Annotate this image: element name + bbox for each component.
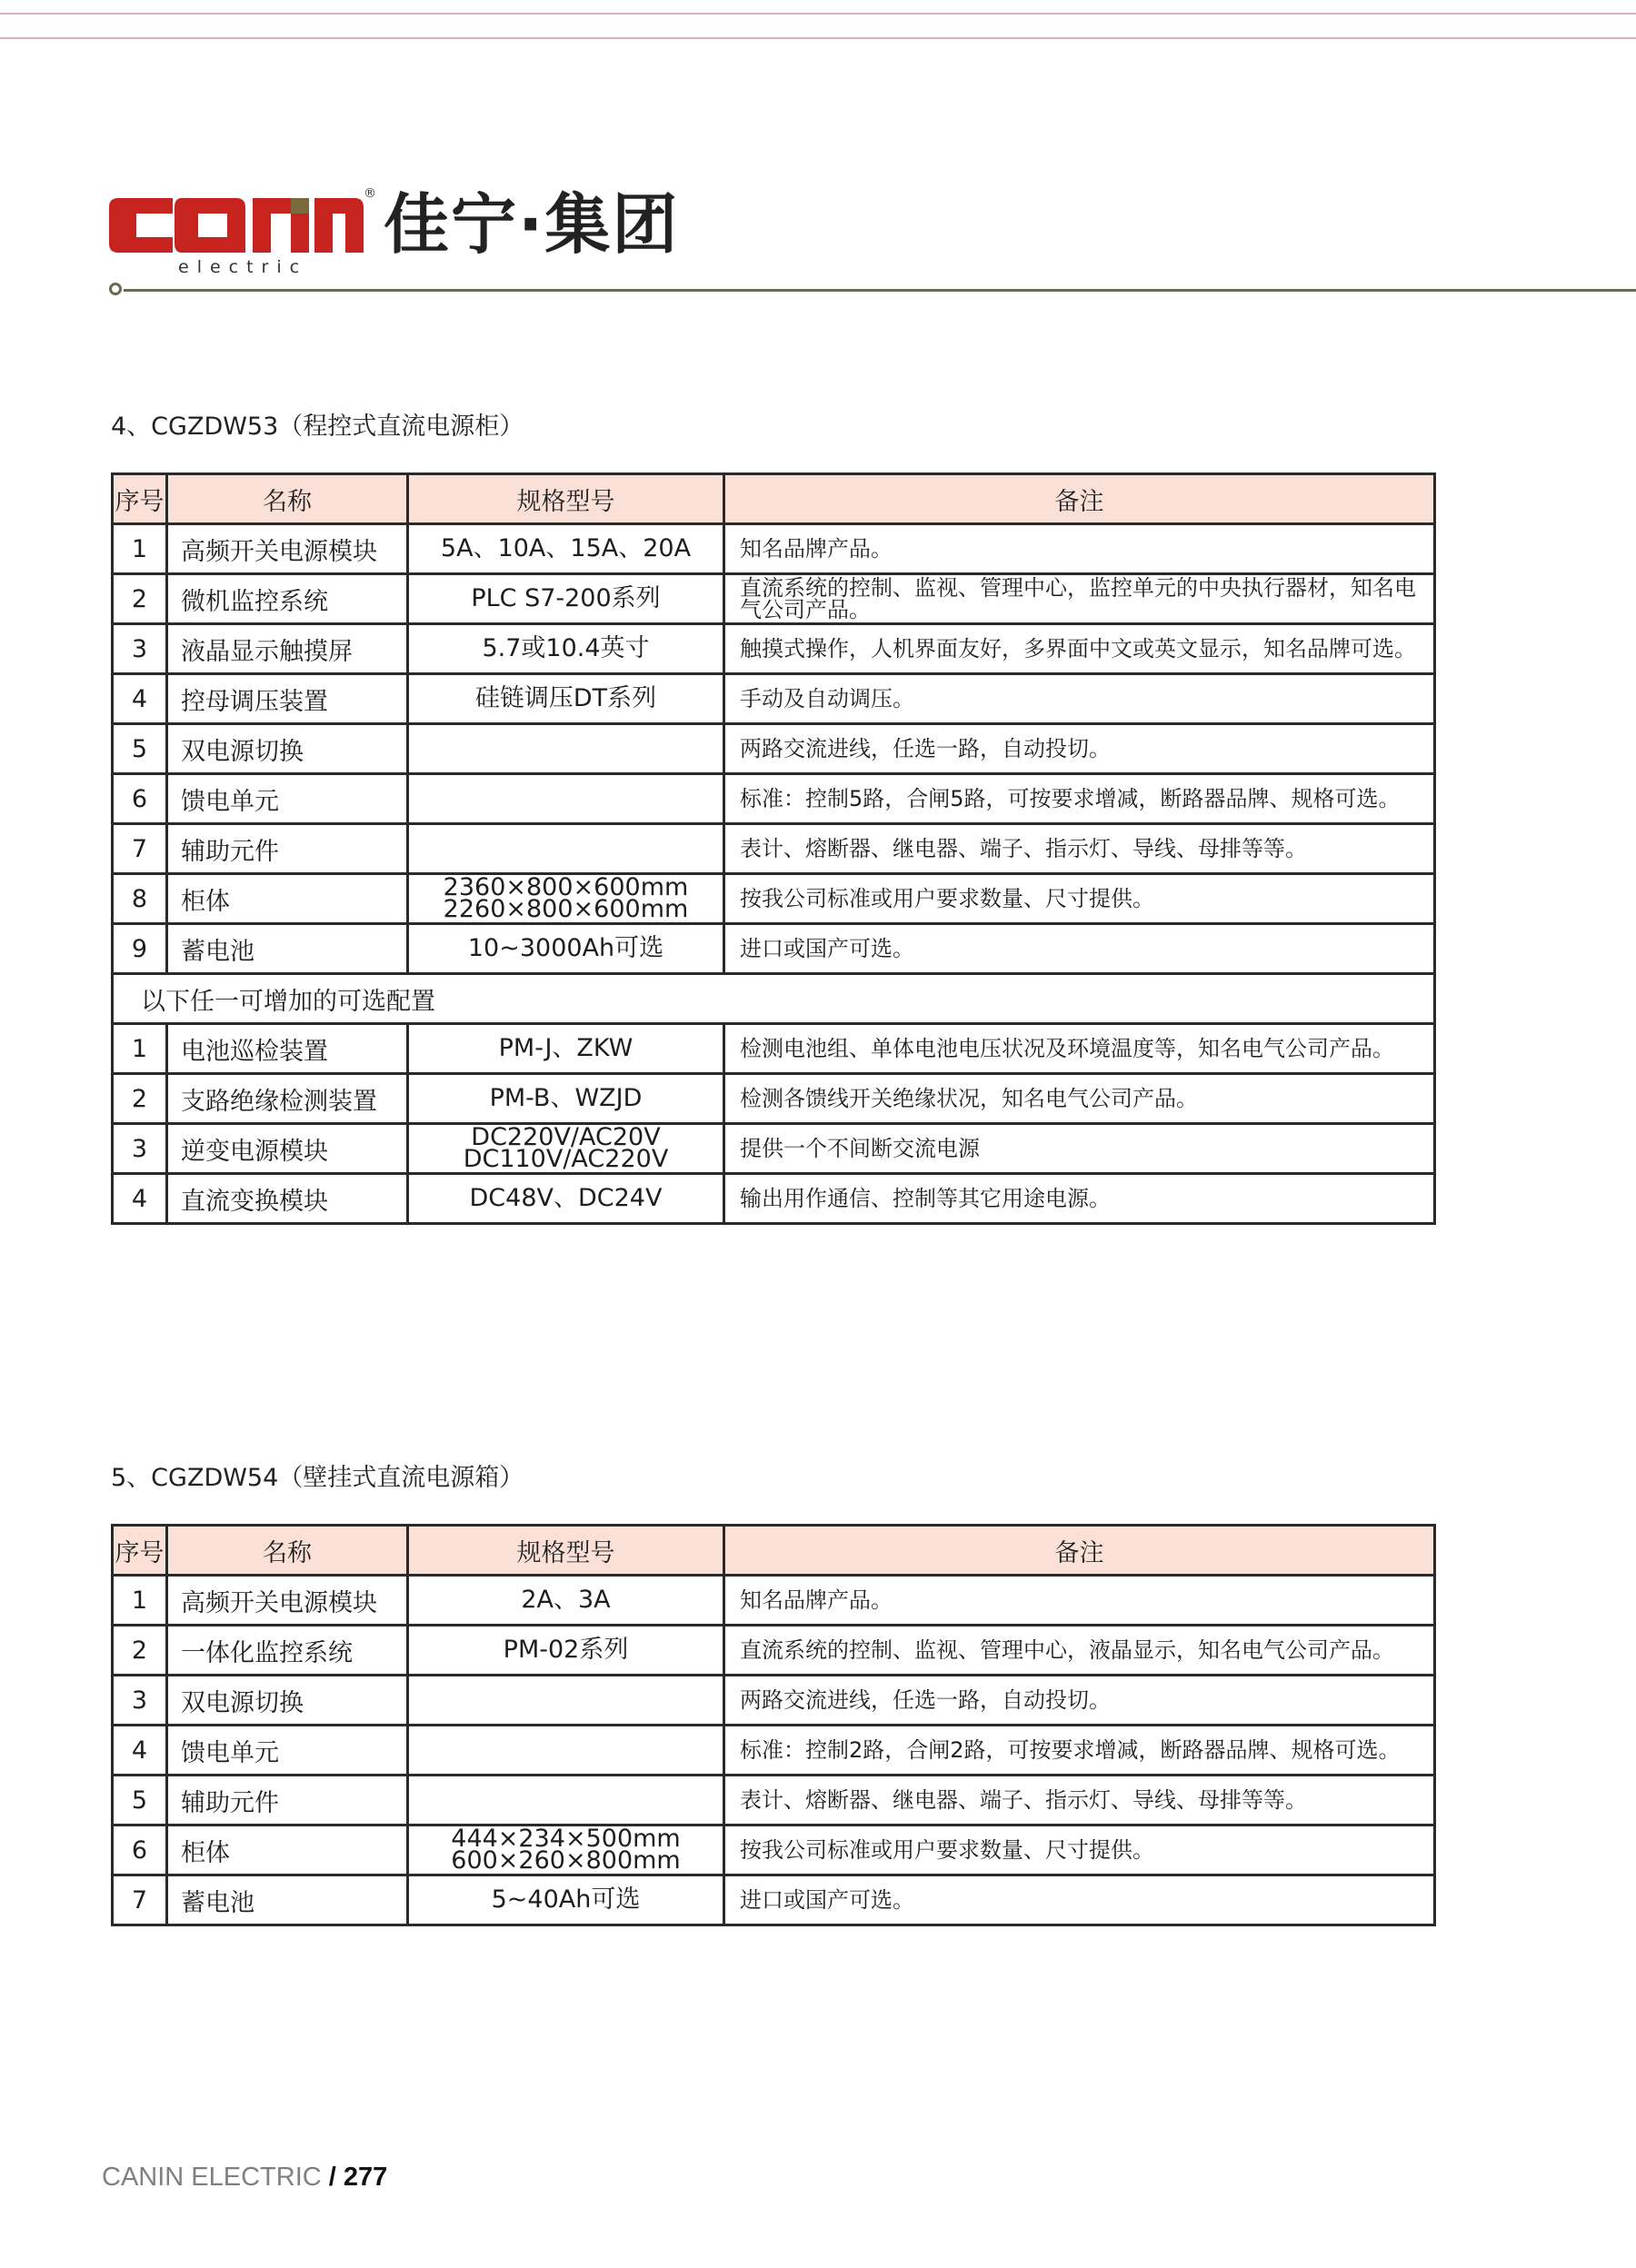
- row-index: 2: [113, 574, 167, 624]
- spec-table-cgzdw53: 序号 名称 规格型号 备注 1 高频开关电源模块 5A、10A、15A、20A …: [111, 472, 1436, 1225]
- top-decorative-line: [0, 37, 1636, 39]
- row-index: 4: [113, 1726, 167, 1776]
- table-row: 3 液晶显示触摸屏 5.7或10.4英寸 触摸式操作，人机界面友好，多界面中文或…: [113, 624, 1435, 674]
- column-header: 备注: [724, 1526, 1435, 1576]
- row-spec: 5A、10A、15A、20A: [408, 524, 724, 574]
- optional-config-label: 以下任一可增加的可选配置: [113, 974, 1435, 1024]
- row-note: 按我公司标准或用户要求数量、尺寸提供。: [724, 874, 1435, 924]
- table-row: 1 高频开关电源模块 5A、10A、15A、20A 知名品牌产品。: [113, 524, 1435, 574]
- row-note: 触摸式操作，人机界面友好，多界面中文或英文显示，知名品牌可选。: [724, 624, 1435, 674]
- row-index: 7: [113, 1875, 167, 1925]
- row-index: 3: [113, 1676, 167, 1726]
- footer-brand: CANIN ELECTRIC: [102, 2163, 322, 2192]
- row-spec: [408, 774, 724, 824]
- row-name: 辅助元件: [167, 1776, 408, 1825]
- section-title-cgzdw53: 4、CGZDW53（程控式直流电源柜）: [111, 406, 524, 442]
- table-row: 4 馈电单元 标准：控制2路，合闸2路，可按要求增减，断路器品牌、规格可选。: [113, 1726, 1435, 1776]
- rule-circle-icon: [109, 283, 122, 295]
- column-header: 规格型号: [408, 1526, 724, 1576]
- row-spec: [408, 824, 724, 874]
- row-name: 高频开关电源模块: [167, 524, 408, 574]
- row-spec: DC220V/AC20V DC110V/AC220V: [408, 1124, 724, 1174]
- row-note: 标准：控制2路，合闸2路，可按要求增减，断路器品牌、规格可选。: [724, 1726, 1435, 1776]
- top-decorative-line: [0, 13, 1636, 15]
- row-index: 6: [113, 1825, 167, 1875]
- column-header: 名称: [167, 474, 408, 524]
- row-spec: 2360×800×600mm 2260×800×600mm: [408, 874, 724, 924]
- row-note: 进口或国产可选。: [724, 1875, 1435, 1925]
- row-note: 两路交流进线，任选一路，自动投切。: [724, 1676, 1435, 1726]
- table-row: 8 柜体 2360×800×600mm 2260×800×600mm 按我公司标…: [113, 874, 1435, 924]
- row-name: 柜体: [167, 874, 408, 924]
- brand-chinese-name: 佳宁·集团: [384, 188, 679, 261]
- row-name: 控母调压装置: [167, 674, 408, 724]
- row-note: 检测各馈线开关绝缘状况，知名电气公司产品。: [724, 1074, 1435, 1124]
- row-name: 馈电单元: [167, 774, 408, 824]
- table-row: 3 逆变电源模块 DC220V/AC20V DC110V/AC220V 提供一个…: [113, 1124, 1435, 1174]
- row-name: 一体化监控系统: [167, 1626, 408, 1676]
- table-row: 7 辅助元件 表计、熔断器、继电器、端子、指示灯、导线、母排等等。: [113, 824, 1435, 874]
- table-row: 5 双电源切换 两路交流进线，任选一路，自动投切。: [113, 724, 1435, 774]
- row-spec: [408, 724, 724, 774]
- section-title-cgzdw54: 5、CGZDW54（壁挂式直流电源箱）: [111, 1457, 524, 1493]
- row-name: 柜体: [167, 1825, 408, 1875]
- row-index: 2: [113, 1626, 167, 1676]
- row-note: 进口或国产可选。: [724, 924, 1435, 974]
- row-note: 手动及自动调压。: [724, 674, 1435, 724]
- row-note: 直流系统的控制、监视、管理中心，液晶显示，知名电气公司产品。: [724, 1626, 1435, 1676]
- row-name: 双电源切换: [167, 1676, 408, 1726]
- brand-subtitle: electric: [178, 257, 307, 277]
- table-row: 5 辅助元件 表计、熔断器、继电器、端子、指示灯、导线、母排等等。: [113, 1776, 1435, 1825]
- row-index: 4: [113, 674, 167, 724]
- row-note: 直流系统的控制、监视、管理中心，监控单元的中央执行器材，知名电气公司产品。: [724, 574, 1435, 624]
- row-spec: 2A、3A: [408, 1576, 724, 1626]
- registered-mark: ®: [364, 186, 376, 201]
- row-note: 按我公司标准或用户要求数量、尺寸提供。: [724, 1825, 1435, 1875]
- footer-separator: /: [322, 2163, 344, 2192]
- row-spec: [408, 1776, 724, 1825]
- row-spec: 10~3000Ah可选: [408, 924, 724, 974]
- table-row: 6 柜体 444×234×500mm 600×260×800mm 按我公司标准或…: [113, 1825, 1435, 1875]
- optional-config-row: 以下任一可增加的可选配置: [113, 974, 1435, 1024]
- table-row: 2 一体化监控系统 PM-02系列 直流系统的控制、监视、管理中心，液晶显示，知…: [113, 1626, 1435, 1676]
- row-index: 5: [113, 1776, 167, 1825]
- row-note: 两路交流进线，任选一路，自动投切。: [724, 724, 1435, 774]
- row-name: 高频开关电源模块: [167, 1576, 408, 1626]
- row-index: 1: [113, 1024, 167, 1074]
- table-row: 3 双电源切换 两路交流进线，任选一路，自动投切。: [113, 1676, 1435, 1726]
- row-spec: PM-02系列: [408, 1626, 724, 1676]
- row-index: 1: [113, 1576, 167, 1626]
- row-spec: DC48V、DC24V: [408, 1174, 724, 1224]
- row-note: 知名品牌产品。: [724, 1576, 1435, 1626]
- column-header: 备注: [724, 474, 1435, 524]
- table-row: 2 微机监控系统 PLC S7-200系列 直流系统的控制、监视、管理中心，监控…: [113, 574, 1435, 624]
- row-name: 微机监控系统: [167, 574, 408, 624]
- row-spec: 硅链调压DT系列: [408, 674, 724, 724]
- row-name: 直流变换模块: [167, 1174, 408, 1224]
- header-rule: [124, 289, 1636, 292]
- table-row: 4 直流变换模块 DC48V、DC24V 输出用作通信、控制等其它用途电源。: [113, 1174, 1435, 1224]
- row-spec: 444×234×500mm 600×260×800mm: [408, 1825, 724, 1875]
- row-name: 电池巡检装置: [167, 1024, 408, 1074]
- row-index: 8: [113, 874, 167, 924]
- table-row: 2 支路绝缘检测装置 PM-B、WZJD 检测各馈线开关绝缘状况，知名电气公司产…: [113, 1074, 1435, 1124]
- row-index: 4: [113, 1174, 167, 1224]
- table-header-row: 序号 名称 规格型号 备注: [113, 474, 1435, 524]
- column-header: 规格型号: [408, 474, 724, 524]
- table-row: 1 高频开关电源模块 2A、3A 知名品牌产品。: [113, 1576, 1435, 1626]
- row-spec: 5~40Ah可选: [408, 1875, 724, 1925]
- row-index: 3: [113, 624, 167, 674]
- table-row: 9 蓄电池 10~3000Ah可选 进口或国产可选。: [113, 924, 1435, 974]
- row-note: 输出用作通信、控制等其它用途电源。: [724, 1174, 1435, 1224]
- row-name: 支路绝缘检测装置: [167, 1074, 408, 1124]
- table-row: 6 馈电单元 标准：控制5路，合闸5路，可按要求增减，断路器品牌、规格可选。: [113, 774, 1435, 824]
- column-header: 名称: [167, 1526, 408, 1576]
- row-name: 液晶显示触摸屏: [167, 624, 408, 674]
- table-row: 4 控母调压装置 硅链调压DT系列 手动及自动调压。: [113, 674, 1435, 724]
- row-name: 馈电单元: [167, 1726, 408, 1776]
- page-number: 277: [344, 2163, 387, 2192]
- row-spec: PM-B、WZJD: [408, 1074, 724, 1124]
- table-row: 7 蓄电池 5~40Ah可选 进口或国产可选。: [113, 1875, 1435, 1925]
- column-header: 序号: [113, 474, 167, 524]
- row-note: 检测电池组、单体电池电压状况及环境温度等，知名电气公司产品。: [724, 1024, 1435, 1074]
- row-name: 蓄电池: [167, 1875, 408, 1925]
- row-index: 6: [113, 774, 167, 824]
- row-index: 3: [113, 1124, 167, 1174]
- row-index: 1: [113, 524, 167, 574]
- row-spec: PLC S7-200系列: [408, 574, 724, 624]
- row-spec: PM-J、ZKW: [408, 1024, 724, 1074]
- row-name: 辅助元件: [167, 824, 408, 874]
- row-name: 蓄电池: [167, 924, 408, 974]
- page-footer: CANIN ELECTRIC / 277: [102, 2161, 387, 2193]
- table-row: 1 电池巡检装置 PM-J、ZKW 检测电池组、单体电池电压状况及环境温度等，知…: [113, 1024, 1435, 1074]
- row-index: 5: [113, 724, 167, 774]
- row-name: 逆变电源模块: [167, 1124, 408, 1174]
- column-header: 序号: [113, 1526, 167, 1576]
- row-index: 9: [113, 924, 167, 974]
- row-spec: [408, 1726, 724, 1776]
- row-index: 2: [113, 1074, 167, 1124]
- row-spec: 5.7或10.4英寸: [408, 624, 724, 674]
- row-note: 表计、熔断器、继电器、端子、指示灯、导线、母排等等。: [724, 824, 1435, 874]
- row-note: 表计、熔断器、继电器、端子、指示灯、导线、母排等等。: [724, 1776, 1435, 1825]
- row-index: 7: [113, 824, 167, 874]
- row-note: 知名品牌产品。: [724, 524, 1435, 574]
- row-note: 提供一个不间断交流电源: [724, 1124, 1435, 1174]
- table-header-row: 序号 名称 规格型号 备注: [113, 1526, 1435, 1576]
- row-name: 双电源切换: [167, 724, 408, 774]
- canin-logo-icon: [109, 194, 364, 257]
- row-note: 标准：控制5路，合闸5路，可按要求增减，断路器品牌、规格可选。: [724, 774, 1435, 824]
- spec-table-cgzdw54: 序号 名称 规格型号 备注 1 高频开关电源模块 2A、3A 知名品牌产品。 2…: [111, 1524, 1436, 1926]
- row-spec: [408, 1676, 724, 1726]
